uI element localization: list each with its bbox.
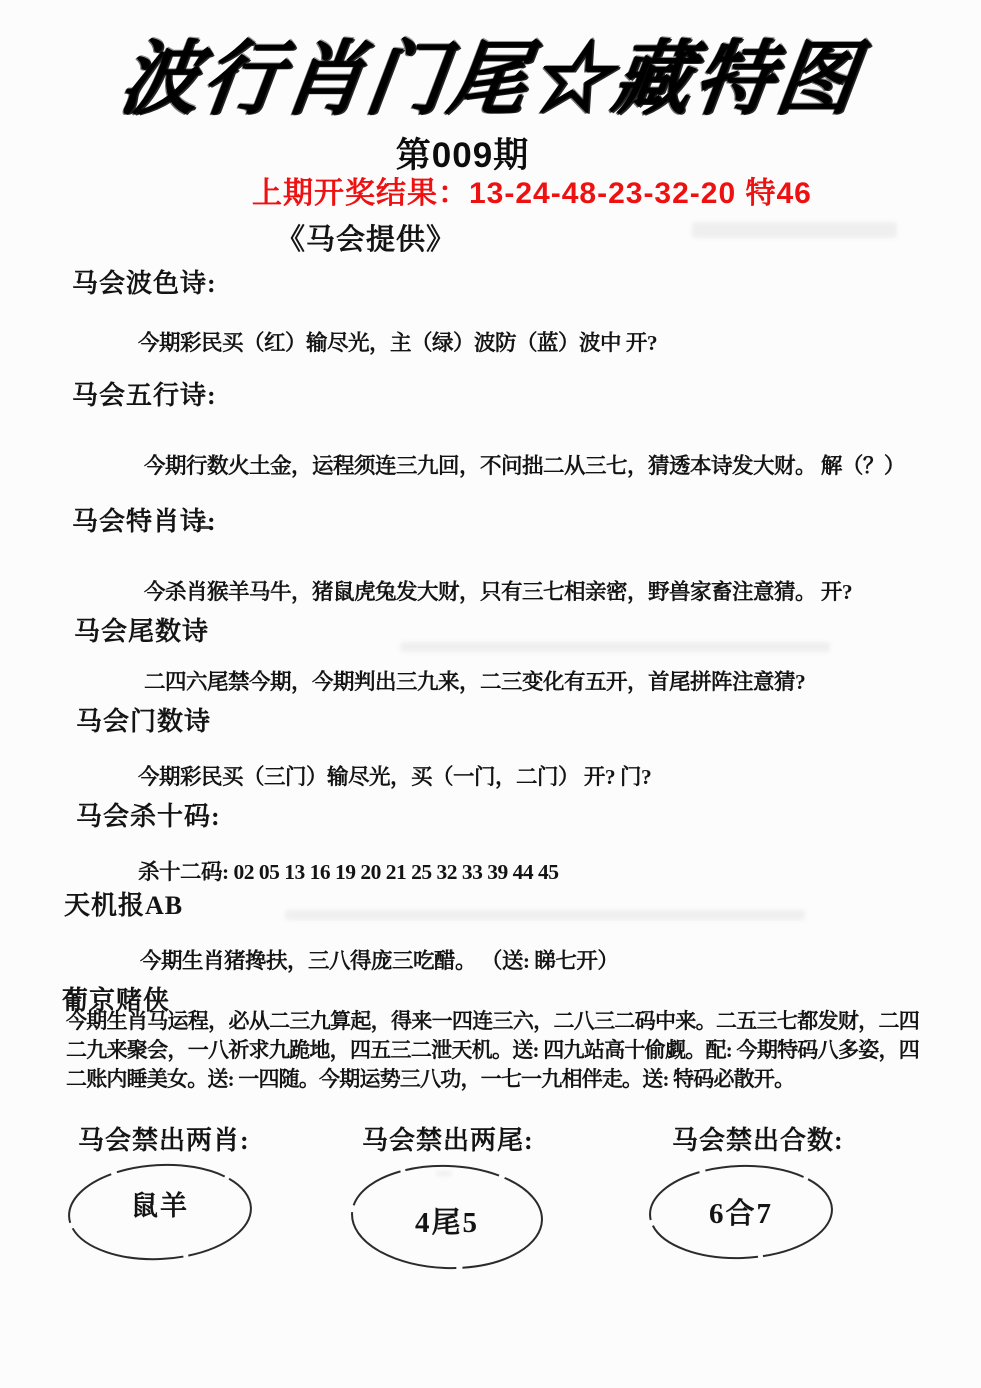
scan-artifact xyxy=(400,642,830,652)
section-content-wuxing: 今期行数火土金，运程须连三九回，不问拙二从三七，猜透本诗发大财。 解（？） xyxy=(144,449,905,480)
section-label-texiao: 马会特肖诗: xyxy=(72,501,217,538)
forbidden-zodiac-value: 鼠羊 xyxy=(95,1184,225,1223)
forbidden-sum-value: 6合7 xyxy=(676,1191,806,1232)
last-draw-result: 上期开奖结果：13-24-48-23-32-20 特46 xyxy=(252,168,812,212)
page-title: 波行肖门尾☆藏特图 xyxy=(113,14,867,130)
section-content-pujing: 今期生肖马运程，必从二三九算起，得来一四连三六，二八三二码中来。二五三七都发财，… xyxy=(66,1007,919,1094)
provider-line: 《马会提供》 xyxy=(276,217,456,258)
section-label-wuxing: 马会五行诗: xyxy=(72,375,217,412)
scan-artifact xyxy=(692,222,897,238)
section-content-bose: 今期彩民买（红）输尽光，主（绿）波防（蓝）波中 开? xyxy=(138,326,657,357)
section-content-weishu: 二四六尾禁今期，今期判出三九来，二三变化有五开，首尾拼阵注意猜? xyxy=(144,665,805,696)
scan-artifact xyxy=(285,910,805,920)
section-label-tianji: 天机报AB xyxy=(64,885,183,922)
section-label-shama: 马会杀十码: xyxy=(76,796,221,833)
section-label-weishu: 马会尾数诗 xyxy=(74,611,209,648)
section-content-menshu: 今期彩民买（三门）输尽光，买（一门，二门） 开? 门? xyxy=(138,760,651,791)
section-content-kill-numbers: 杀十二码: 02 05 13 16 19 20 21 25 32 33 39 4… xyxy=(138,855,559,886)
section-content-tianji: 今期生肖猪搀扶，三八得庞三吃醋。 （送: 睇七开） xyxy=(140,944,618,975)
section-label-menshu: 马会门数诗 xyxy=(76,701,211,738)
lottery-tip-sheet: 波行肖门尾☆藏特图 第009期 上期开奖结果：13-24-48-23-32-20… xyxy=(0,0,981,1388)
forbidden-tail-value: 4尾5 xyxy=(382,1200,512,1241)
section-label-bose: 马会波色诗: xyxy=(72,263,217,300)
section-content-texiao: 今杀肖猴羊马牛，猪鼠虎兔发大财，只有三七相亲密，野兽家畜注意猜。 开? xyxy=(144,575,852,606)
